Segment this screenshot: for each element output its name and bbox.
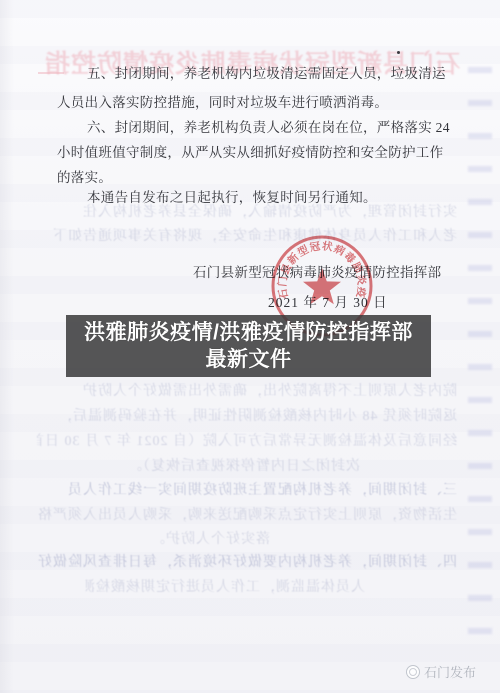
- notice-line-5-start: 五、封闭期间，养老机构内垃圾清运需固定人员，垃圾清运: [87, 62, 446, 82]
- overlay-caption-banner: 洪雅肺炎疫情/洪雅疫情防控指挥部 最新文件: [66, 315, 431, 377]
- bleedthrough-line: 三、封闭期间，养老机构配置主班防疫期间实一线工作人员: [37, 479, 457, 499]
- ink-dot-artifact: [397, 51, 400, 54]
- notice-line-5-cont: 人员出入落实防控措施，同时对垃圾车进行喷洒消毒。: [57, 91, 388, 111]
- bleedthrough-line: 院内老人原则上不得离院外出，确需外出需做好个人防护: [37, 380, 457, 400]
- notice-line-6-start: 六、封闭期间，养老机构负责人必须在岗在位，严格落实 24: [87, 116, 450, 136]
- bleedthrough-line: 返院时须凭 48 小时内核酸检测阴性证明，并在验码测温后，: [37, 405, 457, 425]
- bleedthrough-line: 人员体温监测，工作人员进行定期核酸检测。: [85, 576, 365, 596]
- bleedthrough-line: 经同意后及体温检测无异常后方可入院（自 2021 年 7 月 30 日首: [37, 430, 457, 450]
- notice-line-6-cont: 小时值班值守制度，从严从实从细抓好疫情防控和安全防护工作: [57, 141, 443, 161]
- bleedthrough-line: 四、封闭期间，养老机构内要做好环境消杀，每日排查风险做好: [37, 551, 457, 571]
- bleedthrough-headline-rule: [38, 72, 64, 74]
- watermark-label: 石门发布: [424, 662, 476, 681]
- notice-line-6-end: 的落实。: [57, 166, 112, 186]
- bleedthrough-line: 次封闭之日内暂停探视查后恢复）。: [130, 455, 360, 475]
- shimen-fabu-logo-icon: [406, 665, 420, 679]
- publisher-watermark: 石门发布: [406, 662, 476, 681]
- seal-star-icon: [303, 268, 341, 304]
- overlay-caption-line2: 最新文件: [206, 346, 292, 373]
- bleedthrough-line: 老人和工作人员身体健康和生命安全，现将有关事项通告如下: [37, 225, 457, 245]
- bleedthrough-line: 生活物资，原则上实行定点采购配送来购，采购人员出入须严格: [37, 504, 457, 524]
- paper-photo-background: 石门县新型冠状病毒肺炎疫情防控指挥部通告 五、封闭期间，养老机构内垃圾清运需固定…: [0, 0, 500, 693]
- bleedthrough-line: 实行封闭管理，为严防疫情输入，确保全县养老机构入住: [37, 201, 457, 221]
- bleedthrough-line: 落实好个人防护。: [120, 528, 270, 548]
- photographed-notice-page: { "document": { "body_lines": [ "五、封闭期间，…: [0, 0, 500, 693]
- overlay-caption-line1: 洪雅肺炎疫情/洪雅疫情防控指挥部: [84, 319, 413, 346]
- right-edge-bleed-marks: [468, 40, 492, 650]
